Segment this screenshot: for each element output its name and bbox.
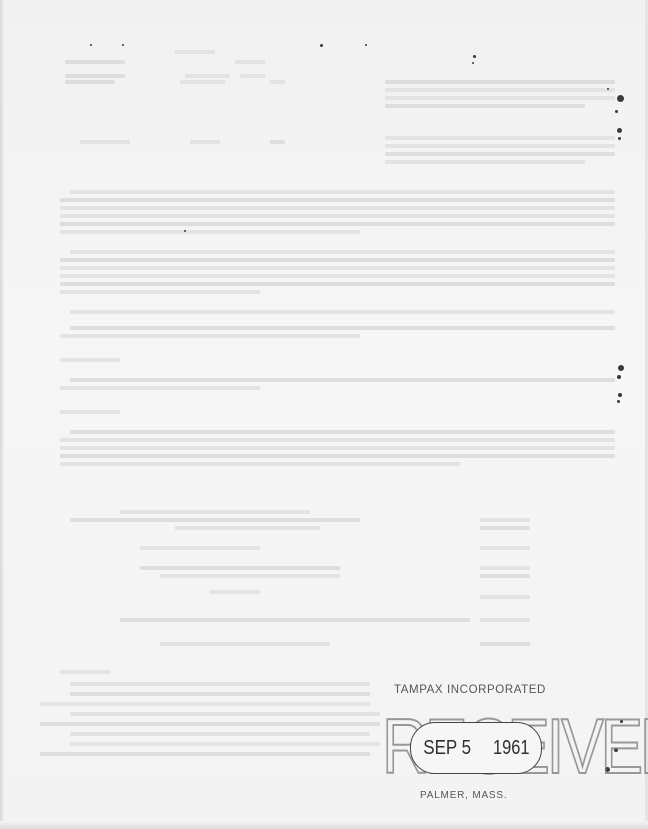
speck [122, 44, 124, 46]
ghost-line [60, 282, 615, 286]
ghost-line [480, 546, 530, 550]
ghost-line [480, 642, 530, 646]
ghost-line [385, 88, 615, 92]
ghost-line [140, 566, 340, 570]
ghost-line [480, 618, 530, 622]
ghost-line [480, 595, 530, 599]
speck [618, 137, 621, 140]
ghost-line [60, 358, 120, 362]
stamp-date-oval: SEP 5 1961 [410, 722, 542, 774]
received-stamp: RECEIVED TAMPAX INCORPORATED SEP 5 1961 … [380, 676, 570, 806]
ghost-line [210, 590, 260, 594]
ghost-line [65, 60, 125, 64]
ghost-line [185, 74, 230, 78]
ghost-line [385, 152, 615, 156]
ghost-line [60, 438, 615, 442]
ghost-line [60, 274, 615, 278]
ghost-line [270, 140, 285, 144]
speck [618, 365, 624, 371]
speck [618, 393, 622, 397]
speck [365, 44, 367, 46]
ghost-line [385, 136, 615, 140]
ghost-line [60, 454, 615, 458]
speck [615, 110, 618, 113]
page-edge-bottom [0, 821, 648, 829]
ghost-line [385, 104, 585, 108]
speck [184, 230, 186, 232]
ghost-line [40, 752, 370, 756]
ghost-line [70, 250, 615, 254]
stamp-date-month-day: SEP 5 [423, 737, 471, 760]
ghost-line [480, 518, 530, 522]
ghost-line [70, 190, 615, 194]
speck [617, 95, 624, 102]
ghost-line [190, 140, 220, 144]
speck [617, 375, 621, 379]
stamp-organization: TAMPAX INCORPORATED [394, 684, 570, 696]
stamp-location: PALMER, MASS. [420, 790, 570, 801]
speck [90, 44, 92, 46]
ghost-line [60, 198, 615, 202]
ghost-line [60, 222, 615, 226]
ghost-line [140, 546, 260, 550]
ghost-line [60, 206, 615, 210]
ghost-line [65, 74, 125, 78]
ghost-line [480, 526, 530, 530]
ghost-line [160, 574, 340, 578]
ghost-line [70, 518, 360, 522]
ghost-line [385, 144, 615, 148]
speck [473, 55, 476, 58]
ghost-line [175, 526, 320, 530]
speck [472, 62, 474, 64]
ghost-line [385, 160, 585, 164]
speck [617, 400, 620, 403]
ghost-line [70, 682, 370, 686]
ghost-line [40, 722, 380, 726]
ghost-line [60, 258, 615, 262]
ghost-line [385, 80, 615, 84]
ghost-line [385, 96, 615, 100]
ghost-line [70, 742, 380, 746]
ghost-line [70, 430, 615, 434]
page-edge-left [0, 0, 4, 829]
ghost-line [70, 310, 615, 314]
ghost-line [40, 702, 370, 706]
ghost-line [70, 378, 615, 382]
speck [607, 88, 609, 90]
ghost-line [70, 692, 370, 696]
ghost-line [80, 140, 130, 144]
ghost-line [160, 642, 330, 646]
ghost-line [60, 446, 615, 450]
speck [320, 44, 323, 47]
ghost-line [240, 74, 265, 78]
ghost-line [60, 290, 260, 294]
ghost-line [480, 566, 530, 570]
ghost-line [70, 712, 380, 716]
ghost-line [60, 266, 615, 270]
ghost-line [60, 410, 120, 414]
ghost-line [235, 60, 265, 64]
ghost-line [120, 510, 310, 514]
ghost-line [60, 334, 360, 338]
ghost-line [60, 462, 460, 466]
ghost-line [175, 50, 215, 54]
ghost-line [65, 80, 115, 84]
ghost-line [70, 732, 370, 736]
ghost-line [60, 214, 615, 218]
stamp-date-year: 1961 [493, 737, 529, 760]
scanned-page: RECEIVED TAMPAX INCORPORATED SEP 5 1961 … [0, 0, 648, 829]
ghost-line [60, 230, 360, 234]
ghost-line [270, 80, 285, 84]
ghost-line [60, 386, 260, 390]
ghost-line [60, 670, 110, 674]
ghost-line [70, 326, 615, 330]
speck [617, 128, 622, 133]
ghost-line [120, 618, 470, 622]
ghost-line [180, 80, 225, 84]
ghost-line [480, 574, 530, 578]
